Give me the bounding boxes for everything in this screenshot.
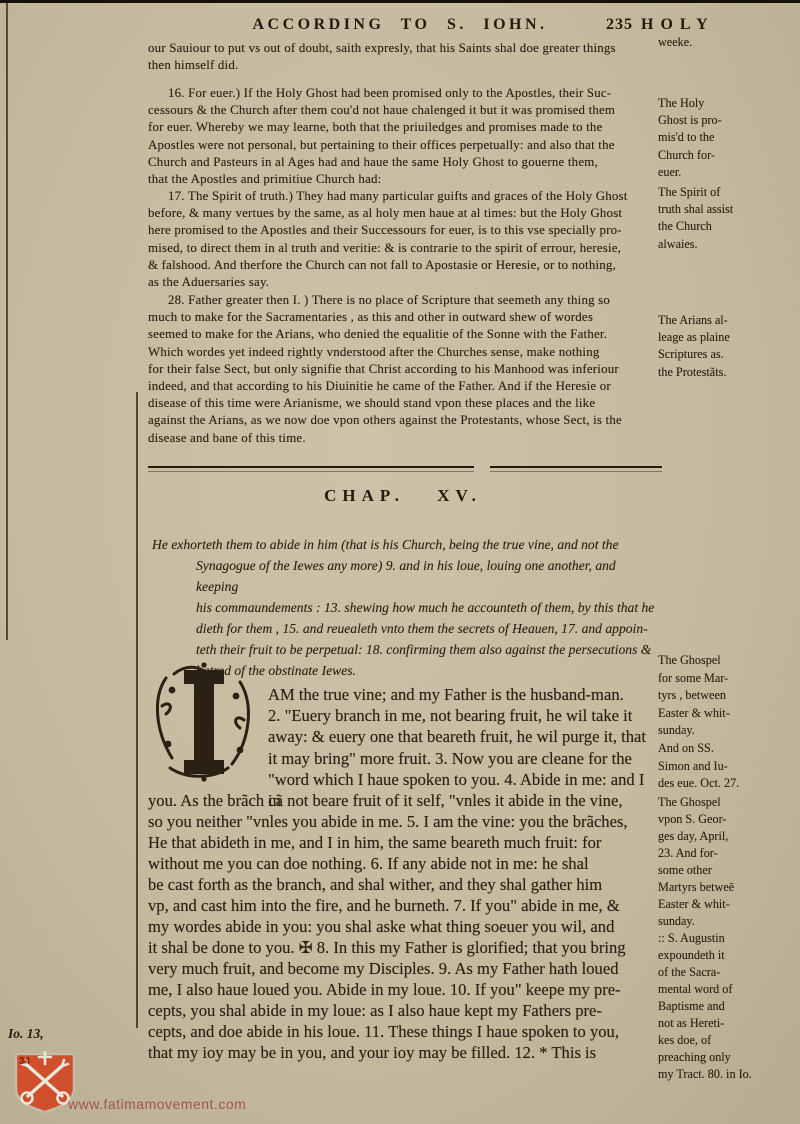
running-header-word: HOLY [641, 16, 715, 33]
margin-note-spirit-of-truth: The Spirit oftruth shal assistthe Church… [658, 184, 796, 253]
scan-edge-top [0, 0, 800, 3]
running-header-right: 235HOLY [606, 16, 786, 34]
left-margin-reference: Io. 13, [8, 1026, 44, 1042]
margin-note-arians: The Arians al-leage as plaineScriptures … [658, 312, 796, 381]
section-divider-left [148, 466, 474, 472]
scanned-bible-page: ACCORDING TO S. IOHN. 235HOLY our Sauiou… [0, 0, 800, 1124]
margin-note-augustin: :: S. Augustinexpoundeth itof the Sacra-… [658, 930, 796, 1083]
section-divider-right [490, 466, 662, 472]
page-fold-line [136, 392, 138, 1028]
watermark-url: www.fatimamovement.com [68, 1096, 246, 1112]
commentary-intro: our Sauiour to put vs out of doubt, sait… [148, 40, 658, 74]
chapter-argument: He exhorteth them to abide in him (that … [152, 534, 657, 681]
margin-note-holy-ghost: The HolyGhost is pro-mis'd to theChurch … [658, 95, 796, 181]
margin-note-ghospel-george: The Ghospelvpon S. Geor-ges day, April,2… [658, 794, 796, 930]
commentary-note-17: 17. The Spirit of truth.) They had many … [148, 188, 658, 291]
margin-note-weeke: weeke. [658, 34, 796, 51]
gospel-text-full: you. As the brãch cã not beare fruit of … [148, 790, 660, 1063]
scan-edge-left [6, 0, 8, 640]
chapter-heading: CHAP. XV. [148, 486, 658, 506]
page-number: 235 [606, 16, 633, 33]
shield-number: 34 [19, 1056, 31, 1067]
margin-note-ghospel-martyrs: The Ghospelfor some Mar-tyrs , betweenEa… [658, 652, 796, 793]
commentary-note-16: 16. For euer.) If the Holy Ghost had bee… [148, 85, 658, 188]
commentary-note-28: 28. Father greater then I. ) There is no… [148, 292, 658, 447]
drop-cap-initial-I [148, 660, 260, 784]
